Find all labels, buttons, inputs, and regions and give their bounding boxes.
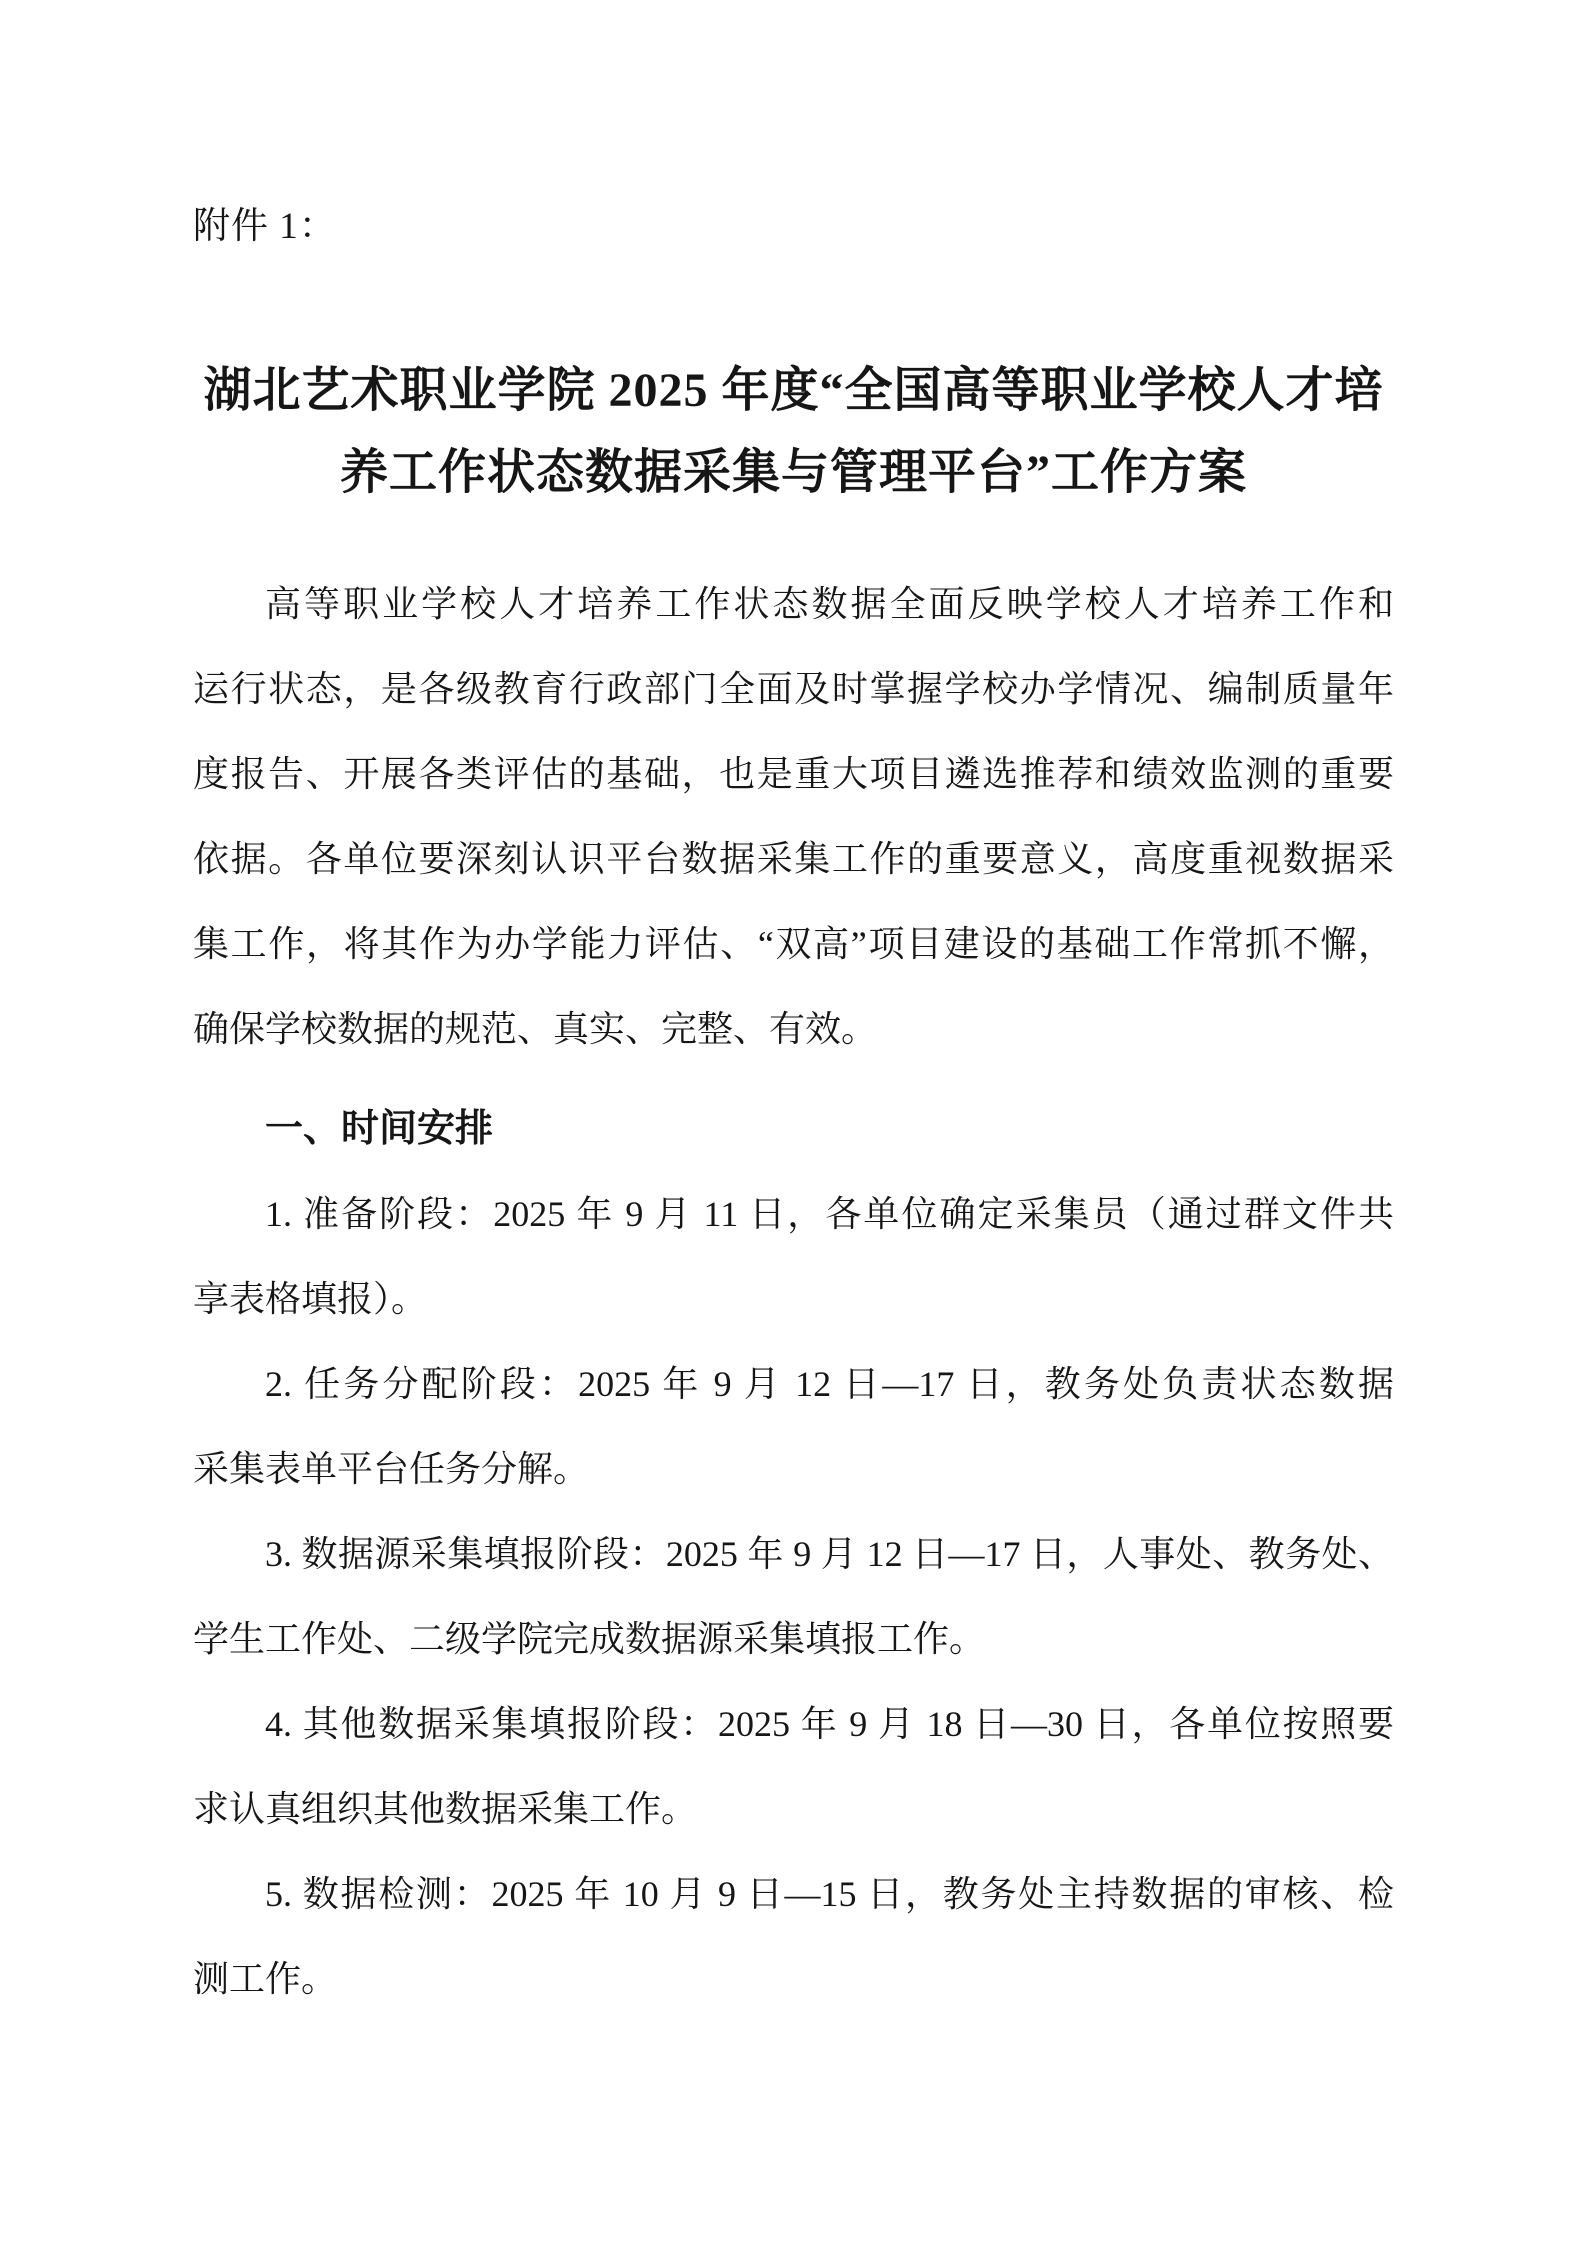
document-page: 附件 1： 湖北艺术职业学院 2025 年度“全国高等职业学校人才培 养工作状态… [0, 0, 1587, 2245]
intro-line: 运行状态，是各级教育行政部门全面及时掌握学校办学情况、编制质量年 [193, 647, 1394, 732]
schedule-item-5-line-1: 5. 数据检测：2025 年 10 月 9 日—15 日，教务处主持数据的审核、… [193, 1852, 1394, 1937]
intro-line: 高等职业学校人才培养工作状态数据全面反映学校人才培养工作和 [193, 562, 1394, 647]
attachment-label: 附件 1： [193, 203, 337, 251]
document-title: 湖北艺术职业学院 2025 年度“全国高等职业学校人才培 养工作状态数据采集与管… [95, 350, 1492, 514]
intro-line: 集工作，将其作为办学能力评估、“双高”项目建设的基础工作常抓不懈， [193, 902, 1394, 987]
schedule-item-3-line-2: 学生工作处、二级学院完成数据源采集填报工作。 [193, 1597, 1394, 1682]
intro-line: 确保学校数据的规范、真实、完整、有效。 [193, 987, 1394, 1072]
schedule-item-1-line-1: 1. 准备阶段：2025 年 9 月 11 日，各单位确定采集员（通过群文件共 [193, 1172, 1394, 1257]
document-body: 高等职业学校人才培养工作状态数据全面反映学校人才培养工作和 运行状态，是各级教育… [193, 562, 1394, 2022]
schedule-item-2-line-2: 采集表单平台任务分解。 [193, 1427, 1394, 1512]
schedule-item-5-line-2: 测工作。 [193, 1937, 1394, 2022]
schedule-item-3-line-1: 3. 数据源采集填报阶段：2025 年 9 月 12 日—17 日，人事处、教务… [193, 1512, 1394, 1597]
schedule-item-2-line-1: 2. 任务分配阶段：2025 年 9 月 12 日—17 日，教务处负责状态数据 [193, 1342, 1394, 1427]
schedule-item-1-line-2: 享表格填报）。 [193, 1257, 1394, 1342]
schedule-item-4-line-2: 求认真组织其他数据采集工作。 [193, 1767, 1394, 1852]
document-title-line-1: 湖北艺术职业学院 2025 年度“全国高等职业学校人才培 [95, 350, 1492, 432]
intro-line: 依据。各单位要深刻认识平台数据采集工作的重要意义，高度重视数据采 [193, 817, 1394, 902]
document-title-line-2: 养工作状态数据采集与管理平台”工作方案 [95, 432, 1492, 514]
section-heading-time-schedule: 一、时间安排 [193, 1087, 1394, 1172]
schedule-item-4-line-1: 4. 其他数据采集填报阶段：2025 年 9 月 18 日—30 日，各单位按照… [193, 1682, 1394, 1767]
intro-line: 度报告、开展各类评估的基础，也是重大项目遴选推荐和绩效监测的重要 [193, 732, 1394, 817]
